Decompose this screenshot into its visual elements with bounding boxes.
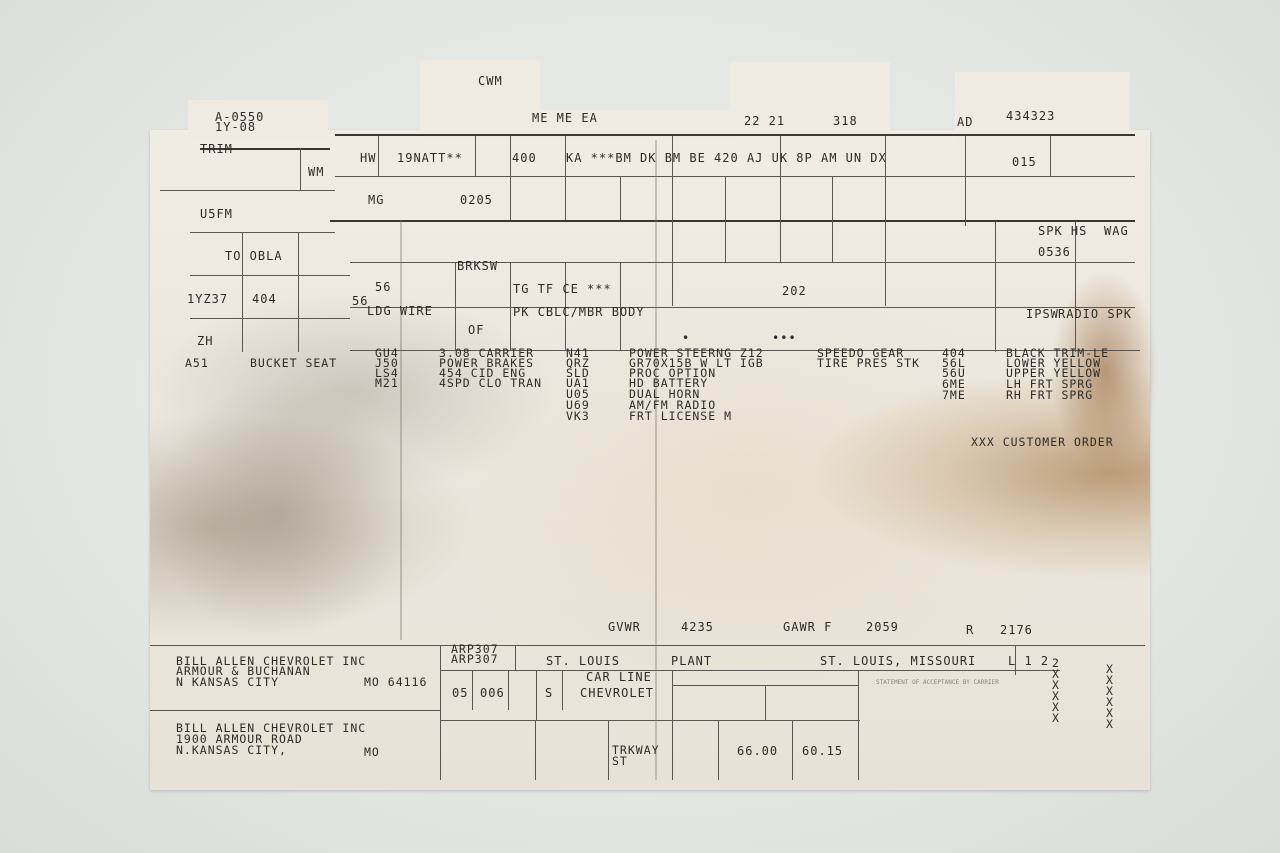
rule [608, 720, 609, 780]
ship-to-city: N.KANSAS CITY, [176, 745, 287, 756]
routing-city: ST. LOUIS [546, 656, 620, 667]
gvwr-label: GVWR [608, 622, 641, 633]
trim-label: TRIM [200, 144, 233, 155]
rule [535, 720, 536, 780]
option-label: TIRE PRES STK [817, 358, 920, 369]
rule [160, 190, 335, 191]
code-s: S [545, 688, 553, 699]
rule [562, 670, 563, 710]
rule [620, 176, 621, 220]
rule [858, 670, 859, 780]
option-label: FRT LICENSE M [629, 411, 732, 422]
code-015: 015 [1012, 157, 1037, 168]
serial-number: 434323 [1006, 111, 1055, 122]
marker-dots: ••• [772, 333, 797, 344]
rule [150, 710, 440, 711]
rule [475, 136, 476, 176]
customer-order: XXX CUSTOMER ORDER [971, 437, 1114, 448]
code-u5fm: U5FM [200, 209, 233, 220]
codes-me-me-ea: ME ME EA [532, 113, 598, 124]
option-code: VK3 [566, 411, 590, 422]
rule [508, 670, 509, 710]
torn-tab [955, 72, 1130, 142]
rule [765, 685, 766, 720]
car-line-label: CAR LINE [586, 672, 652, 683]
codes-22-21: 22 21 [744, 116, 785, 127]
rule [832, 176, 833, 262]
ship-to-state: MO [364, 747, 380, 758]
rule [792, 720, 793, 780]
plant-label: PLANT [671, 656, 712, 667]
option-code-a51: A51 [185, 358, 209, 369]
fragment-line2: 1Y-08 [215, 122, 256, 133]
rule [190, 232, 335, 233]
code-ipsw: IPSW [1026, 309, 1059, 320]
rule [718, 720, 719, 780]
x-marks-right: XXXXXX [1106, 664, 1116, 730]
code-wag: WAG [1104, 226, 1129, 237]
code-ldg-wire: LDG WIRE [367, 306, 433, 317]
rule [440, 645, 441, 780]
rule [672, 670, 673, 780]
fold-crease [400, 220, 402, 640]
code-56a: 56 [375, 282, 391, 293]
charge-2: 60.15 [802, 746, 843, 757]
stain [150, 380, 410, 640]
rule [536, 670, 537, 720]
code-zh: ZH [197, 336, 213, 347]
rule [515, 645, 516, 670]
dealer-city: N KANSAS CITY [176, 677, 279, 688]
rule [1050, 136, 1051, 176]
code-pk-cblc: PK CBLC/MBR BODY [513, 307, 645, 318]
x-marks-left: 2XXXXX [1052, 658, 1062, 724]
gawr-front-value: 2059 [866, 622, 899, 633]
option-label: RH FRT SPRG [1006, 390, 1093, 401]
car-line-value: CHEVROLET [580, 688, 654, 699]
rule [330, 220, 1135, 222]
torn-tab [420, 60, 540, 140]
rule [378, 136, 379, 176]
fold-crease [655, 140, 657, 780]
rule [150, 645, 1145, 646]
rule [510, 262, 511, 350]
plant-code: L 1 2 [1008, 656, 1049, 667]
rule [995, 222, 996, 352]
code-cwm: CWM [478, 76, 503, 87]
dealer-state-zip: MO 64116 [364, 677, 427, 688]
code-hw: HW [360, 153, 376, 164]
code-brksw: BRKSW [457, 261, 498, 272]
rule [298, 232, 299, 352]
model-code: 1YZ37 [187, 294, 228, 305]
option-code-m21: M21 [375, 378, 399, 389]
marker-dot: • [682, 333, 690, 344]
code-to-obla: TO OBLA [225, 251, 283, 262]
option-label-bucket-seat: BUCKET SEAT [250, 358, 337, 369]
zone-code: 05 [452, 688, 468, 699]
code-mg: MG [368, 195, 384, 206]
rule [510, 136, 511, 220]
rule [350, 307, 1135, 308]
code-spk-hs: SPK HS [1038, 226, 1087, 237]
rule [455, 262, 456, 350]
rule [190, 318, 350, 319]
rule [565, 136, 566, 220]
rule [335, 134, 1135, 136]
option-label: 4SPD CLO TRAN [439, 378, 542, 389]
charge-1: 66.00 [737, 746, 778, 757]
gawr-front-label: GAWR F [783, 622, 832, 633]
code-natt: 19NATT** [397, 153, 463, 164]
code-404: 404 [252, 294, 277, 305]
code-wm: WM [308, 167, 324, 178]
code-of: OF [468, 325, 484, 336]
rule [335, 176, 1135, 177]
rule [725, 176, 726, 262]
code-tg-tf-ce: TG TF CE *** [513, 284, 612, 295]
gvwr-value: 4235 [681, 622, 714, 633]
rule [1075, 222, 1076, 352]
code-ad: AD [957, 117, 973, 128]
rule [300, 148, 301, 190]
code-0536: 0536 [1038, 247, 1071, 258]
rule [440, 720, 860, 721]
option-codes-row: KA ***BM DK BM BE 420 AJ UK 8P AM UN DX [566, 153, 887, 164]
code-56b: 56 [352, 296, 368, 307]
statement-label: STATEMENT OF ACCEPTANCE BY CARRIER [876, 677, 999, 688]
rule [440, 670, 1060, 671]
code-radio-spk: RADIO SPK [1058, 309, 1132, 320]
plant-location: ST. LOUIS, MISSOURI [820, 656, 976, 667]
code-400: 400 [512, 153, 537, 164]
option-code: 7ME [942, 390, 966, 401]
code-0205: 0205 [460, 195, 493, 206]
code-202: 202 [782, 286, 807, 297]
rule [190, 275, 350, 276]
dealer-code: 006 [480, 688, 505, 699]
code-318: 318 [833, 116, 858, 127]
gawr-rear-label: R [966, 625, 974, 636]
carrier: TRKWAY ST [612, 745, 662, 766]
rule [965, 136, 966, 226]
routing-code-2: ARP307 [451, 654, 499, 665]
rule [472, 670, 473, 710]
gawr-rear-value: 2176 [1000, 625, 1033, 636]
